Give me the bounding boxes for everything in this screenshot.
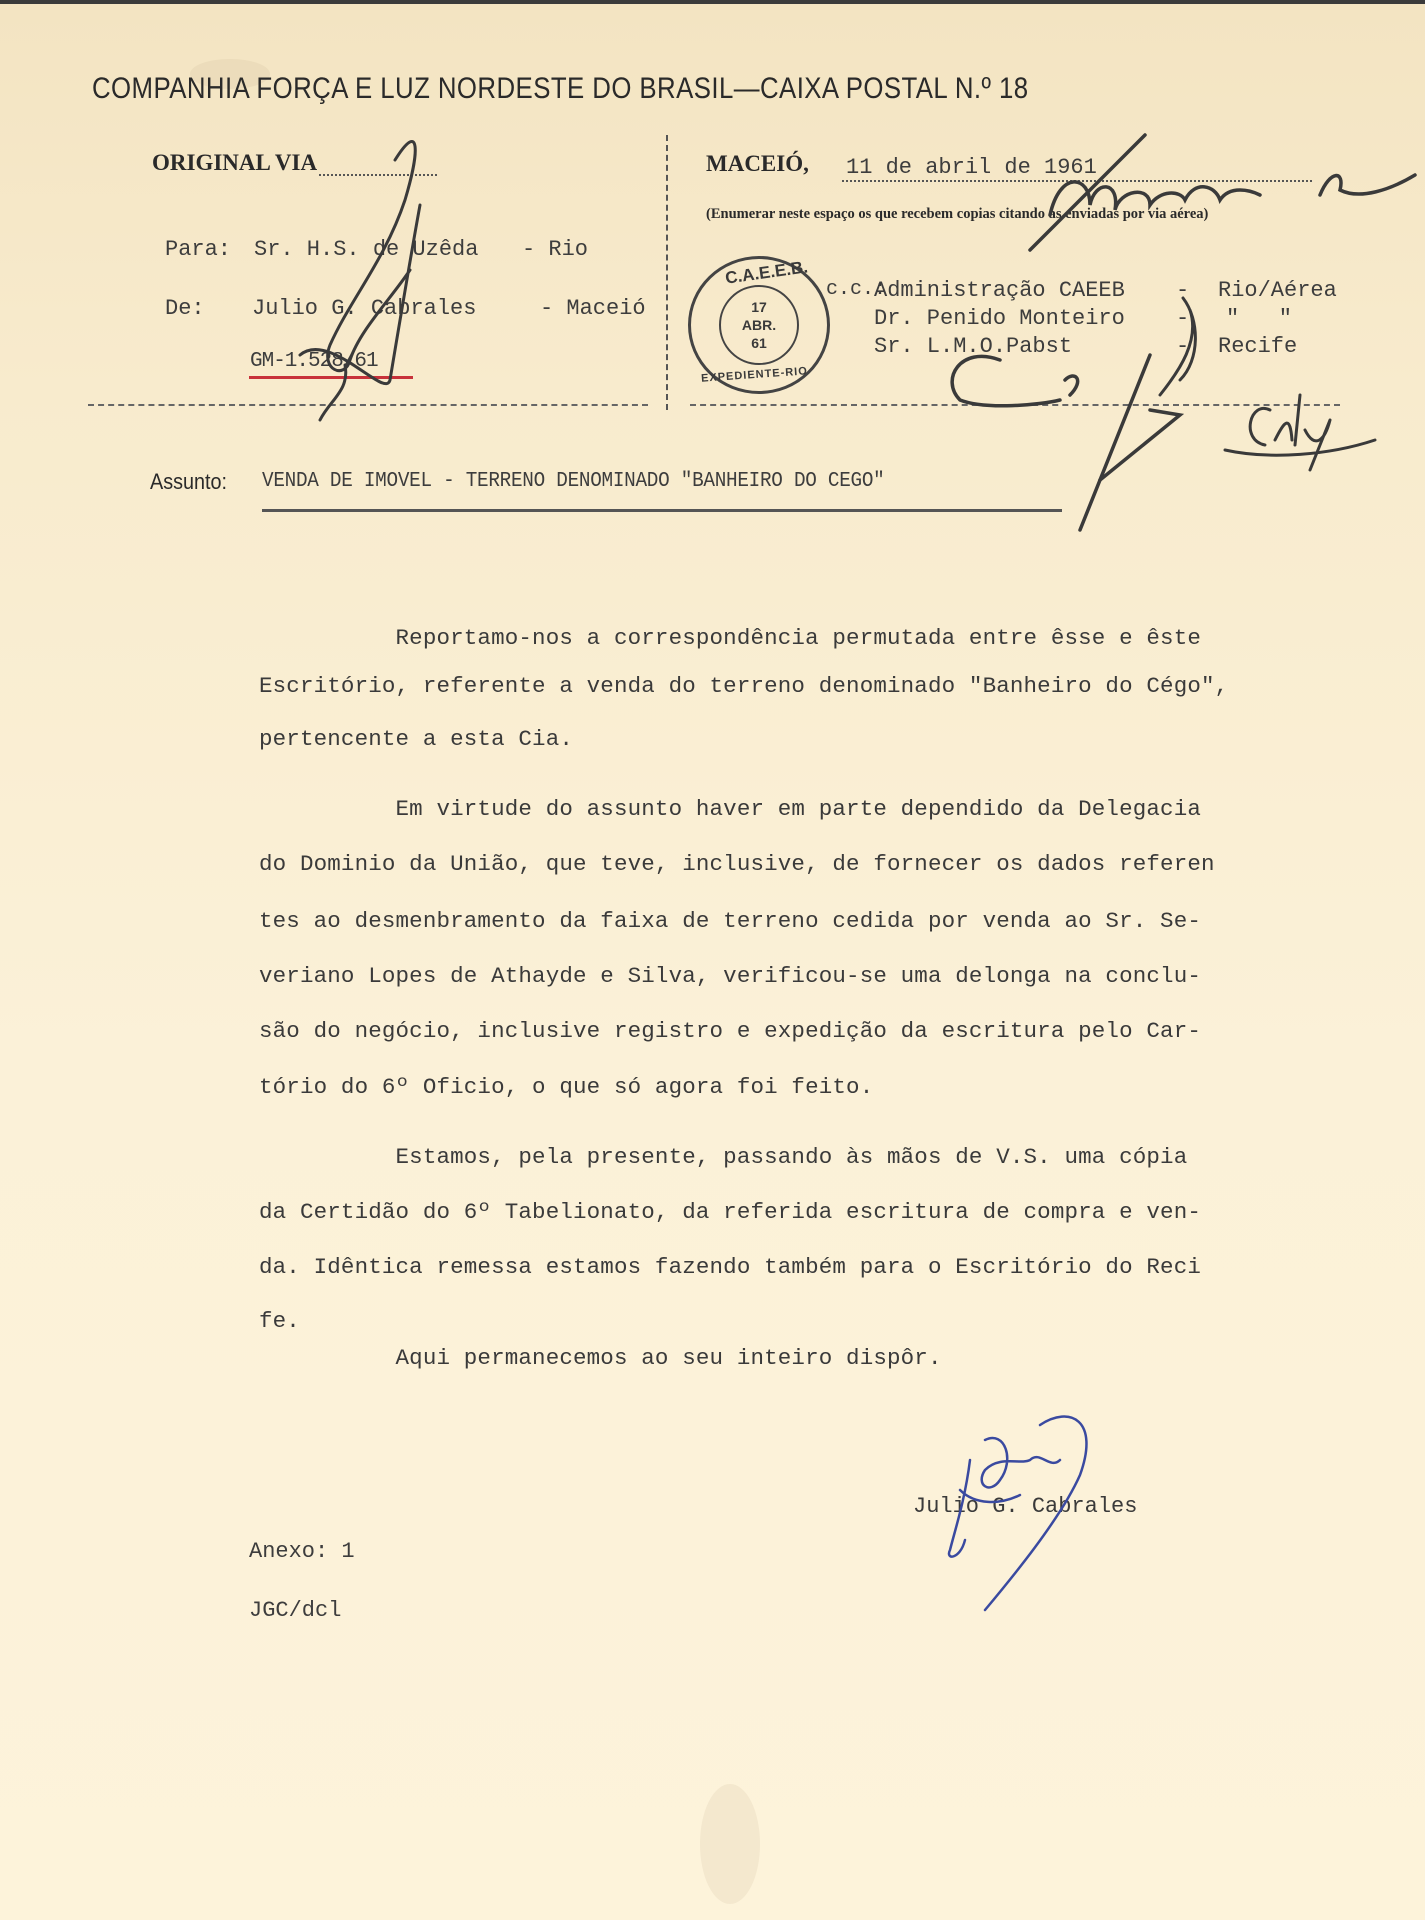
stamp-bottom-text: EXPEDIENTE-RIO	[701, 365, 808, 384]
letterhead-title: COMPANHIA FORÇA E LUZ NORDESTE DO BRASIL…	[92, 72, 1158, 106]
copy-dest-3: Recife	[1218, 334, 1297, 359]
para-recipient: Sr. H.S. de Uzêda	[254, 237, 478, 262]
stamp-month: ABR.	[742, 316, 776, 334]
copies-instruction-note: (Enumerar neste espaço os que recebem co…	[706, 206, 1208, 223]
place-label: MACEIÓ,	[706, 151, 809, 177]
original-via-label: ORIGINAL VIA	[152, 150, 437, 176]
body-line: fe.	[259, 1308, 300, 1334]
body-line: Reportamo-nos a correspondência permutad…	[259, 625, 1201, 651]
body-line: são do negócio, inclusive registro e exp…	[259, 1018, 1201, 1044]
header-left-dashed-rule	[88, 404, 648, 406]
para-city: - Rio	[522, 237, 588, 262]
original-via-text: ORIGINAL VIA	[152, 150, 317, 175]
received-date-stamp: 17 ABR. 61 C.A.E.E.B. EXPEDIENTE-RIO	[688, 256, 830, 394]
date-dotted-line	[842, 180, 1312, 182]
copy-dest-1: Rio/Aérea	[1218, 278, 1337, 303]
body-line: pertencente a esta Cia.	[259, 726, 573, 752]
de-city: - Maceió	[540, 296, 646, 321]
stamp-top-text: C.A.E.E.B.	[724, 257, 809, 288]
de-label: De:	[165, 296, 205, 321]
annex-note: Anexo: 1	[249, 1539, 355, 1564]
para-label: Para:	[165, 237, 231, 262]
body-line: da Certidão do 6º Tabelionato, da referi…	[259, 1199, 1201, 1225]
subject-text: VENDA DE IMOVEL - TERRENO DENOMINADO "BA…	[262, 470, 884, 493]
copy-dest-2: " "	[1226, 306, 1292, 331]
stamp-year: 61	[751, 334, 767, 352]
copy-recipient-3: Sr. L.M.O.Pabst	[874, 334, 1072, 359]
copy-recipient-1: Administração CAEEB	[874, 278, 1125, 303]
typist-initials: JGC/dcl	[249, 1598, 341, 1623]
subject-underline	[262, 509, 1062, 512]
de-sender: Julio G. Cabrales	[252, 296, 476, 321]
body-line: tório do 6º Oficio, o que só agora foi f…	[259, 1074, 873, 1100]
dash: -	[1176, 278, 1189, 303]
reference-number: GM-1.528/61	[250, 350, 378, 373]
body-line: Em virtude do assunto haver em parte dep…	[259, 796, 1201, 822]
dash: -	[1176, 306, 1189, 331]
copy-recipient-2: Dr. Penido Monteiro	[874, 306, 1125, 331]
reference-red-underline	[249, 376, 413, 379]
dash: -	[1176, 334, 1189, 359]
body-line: tes ao desmenbramento da faixa de terren…	[259, 908, 1201, 934]
header-right-dashed-rule	[690, 404, 1340, 406]
body-line: Escritório, referente a venda do terreno…	[259, 673, 1228, 699]
stamp-date: 17 ABR. 61	[719, 285, 799, 365]
header-column-separator	[666, 135, 668, 410]
subject-label: Assunto:	[150, 469, 227, 495]
body-line: Estamos, pela presente, passando às mãos…	[259, 1144, 1187, 1170]
signatory-name: Julio G. Cabrales	[913, 1494, 1137, 1519]
paper-stain	[700, 1784, 760, 1904]
body-line: da. Idêntica remessa estamos fazendo tam…	[259, 1254, 1201, 1280]
letter-date: 11 de abril de 1961	[846, 155, 1097, 180]
stamp-day: 17	[751, 298, 767, 316]
body-line: do Dominio da União, que teve, inclusive…	[259, 851, 1215, 877]
body-line: Aqui permanecemos ao seu inteiro dispôr.	[259, 1345, 942, 1371]
body-line: veriano Lopes de Athayde e Silva, verifi…	[259, 963, 1201, 989]
original-via-dotted-line	[319, 156, 437, 176]
